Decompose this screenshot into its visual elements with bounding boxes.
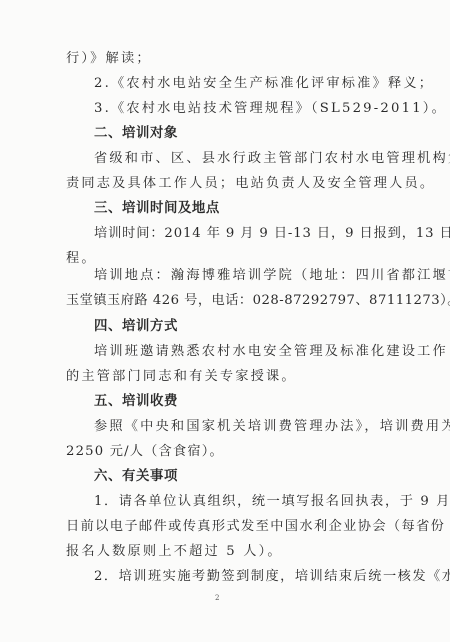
page-number: 2: [215, 594, 219, 602]
section-heading-training-method: 四、培训方式: [94, 318, 414, 336]
text-line: 培训班邀请熟悉农村水电安全管理及标准化建设工作: [94, 343, 386, 361]
text-line-matter-1: 1．请各单位认真组织，统一填写报名回执表，于 9 月 2: [94, 493, 386, 511]
text-line-matter-2: 2．培训班实施考勤签到制度，培训结束后统一核发《水: [94, 568, 386, 586]
text-line: 省级和市、区、县水行政主管部门农村水电管理机构负: [94, 150, 386, 168]
section-heading-training-fee: 五、培训收费: [94, 393, 414, 411]
text-line-training-location: 培训地点：瀚海博雅培训学院（地址：四川省都江堰市: [94, 267, 386, 285]
text-line-continuation: 行）》解读；: [66, 50, 386, 68]
text-line: 报名人数原则上不超过 5 人）。: [66, 543, 386, 561]
text-line: 日前以电子邮件或传真形式发至中国水利企业协会（每省份: [66, 518, 386, 536]
text-line-fee-reference: 参照《中央和国家机关培训费管理办法》，培训费用为: [94, 418, 386, 436]
text-line: 程。: [66, 250, 386, 268]
text-line-item-2: 2.《农村水电站安全生产标准化评审标准》释义；: [94, 75, 386, 93]
text-line-address-phone: 玉堂镇玉府路 426 号，电话：028-87292797、87111273）。: [66, 292, 386, 310]
text-line-training-time: 培训时间：2014 年 9 月 9 日-13 日，9 日报到，13 日返: [94, 225, 386, 243]
section-heading-training-targets: 二、培训对象: [94, 125, 414, 143]
text-line-fee-amount: 2250 元/人（含食宿）。: [66, 443, 386, 461]
section-heading-related-matters: 六、有关事项: [94, 468, 414, 486]
text-line-item-3: 3.《农村水电站技术管理规程》（SL529-2011）。: [94, 100, 386, 118]
text-line: 的主管部门同志和有关专家授课。: [66, 368, 386, 386]
document-page: 行）》解读； 2.《农村水电站安全生产标准化评审标准》释义； 3.《农村水电站技…: [0, 0, 450, 642]
text-line: 责同志及具体工作人员；电站负责人及安全管理人员。: [66, 175, 386, 193]
section-heading-time-location: 三、培训时间及地点: [94, 200, 414, 218]
